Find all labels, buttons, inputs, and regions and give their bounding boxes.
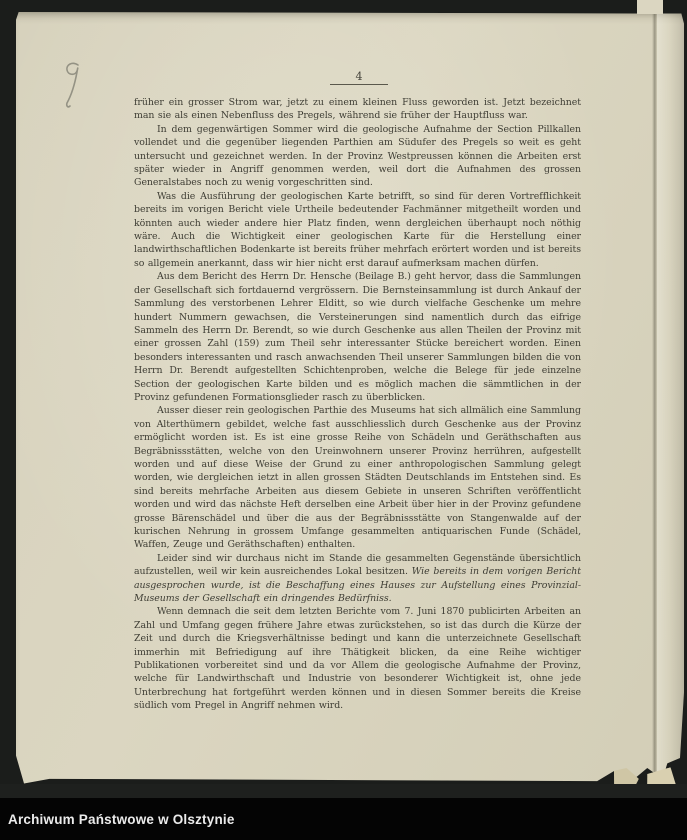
scan-background-strip: [0, 784, 687, 798]
paper-edge-tab: [637, 0, 663, 14]
paragraph-1: früher ein grosser Strom war, jetzt zu e…: [134, 96, 581, 123]
paragraph-7: Wenn demnach die seit dem letzten Berich…: [134, 605, 581, 712]
adjacent-page-edge: [657, 12, 684, 785]
page-text: früher ein grosser Strom war, jetzt zu e…: [134, 96, 581, 713]
paragraph-3: Was die Ausführung der geologischen Kart…: [134, 190, 581, 270]
paragraph-2: In dem gegenwärtigen Sommer wird die geo…: [134, 123, 581, 190]
handwritten-pencil-mark-9: [62, 60, 86, 112]
paragraph-4: Aus dem Bericht des Herrn Dr. Hensche (B…: [134, 270, 581, 404]
book-page: 4 früher ein grosser Strom war, jetzt zu…: [16, 12, 684, 785]
archive-watermark-text: Archiwum Państwowe w Olsztynie: [8, 812, 235, 827]
scanned-page-viewport: 4 früher ein grosser Strom war, jetzt zu…: [0, 0, 687, 840]
paragraph-5: Ausser dieser rein geologischen Parthie …: [134, 404, 581, 551]
page-number: 4: [330, 70, 388, 85]
archive-watermark-bar: Archiwum Państwowe w Olsztynie: [0, 798, 687, 840]
paragraph-6: Leider sind wir durchaus nicht im Stande…: [134, 552, 581, 606]
